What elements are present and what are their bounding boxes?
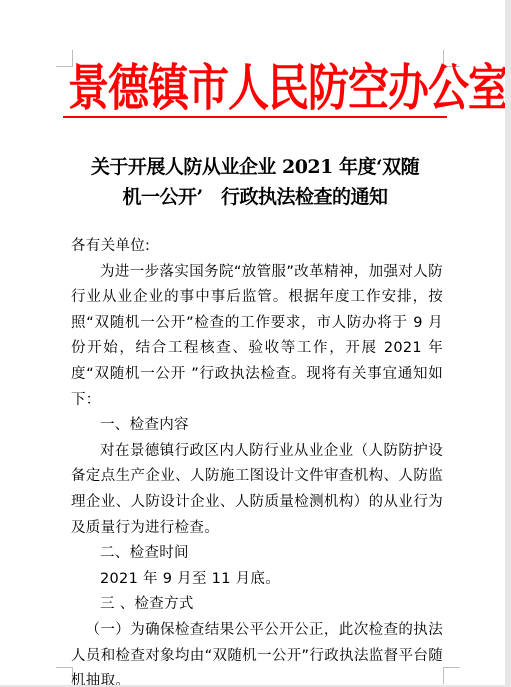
section-heading-time: 二、检查时间 <box>71 541 443 567</box>
section-method-paragraph: （一）为确保检查结果公平公开公正，此次检查的执法人员和检查对象均由“双随机一公开… <box>71 618 443 687</box>
margin-corner-bottom-right <box>443 667 460 684</box>
section-time-paragraph: 2021 年 9 月至 11 月底。 <box>71 567 443 593</box>
masthead-title: 景德镇市人民防空办公室 <box>68 56 448 119</box>
document-title-line-1: 关于开展人防从业企业 2021 年度‘双随 <box>60 152 450 182</box>
page-edge-right <box>505 0 511 687</box>
document-title: 关于开展人防从业企业 2021 年度‘双随 机一公开’ 行政执法检查的通知 <box>60 152 450 212</box>
salutation: 各有关单位: <box>71 234 443 260</box>
section-heading-method: 三 、检查方式 <box>71 592 443 618</box>
section-heading-content: 一、检查内容 <box>71 413 443 439</box>
masthead-red-rule <box>63 116 447 118</box>
document-title-line-2: 机一公开’ 行政执法检查的通知 <box>60 182 450 212</box>
section-content-paragraph: 对在景德镇行政区内人防行业从业企业（人防防护设备定点生产企业、人防施工图设计文件… <box>71 439 443 541</box>
intro-paragraph: 为进一步落实国务院“放管服”改革精神，加强对人防行业从业企业的事中事后监管。根据… <box>71 260 443 414</box>
document-page: 景德镇市人民防空办公室 关于开展人防从业企业 2021 年度‘双随 机一公开’ … <box>0 0 505 685</box>
document-body: 各有关单位: 为进一步落实国务院“放管服”改革精神，加强对人防行业从业企业的事中… <box>71 234 443 687</box>
